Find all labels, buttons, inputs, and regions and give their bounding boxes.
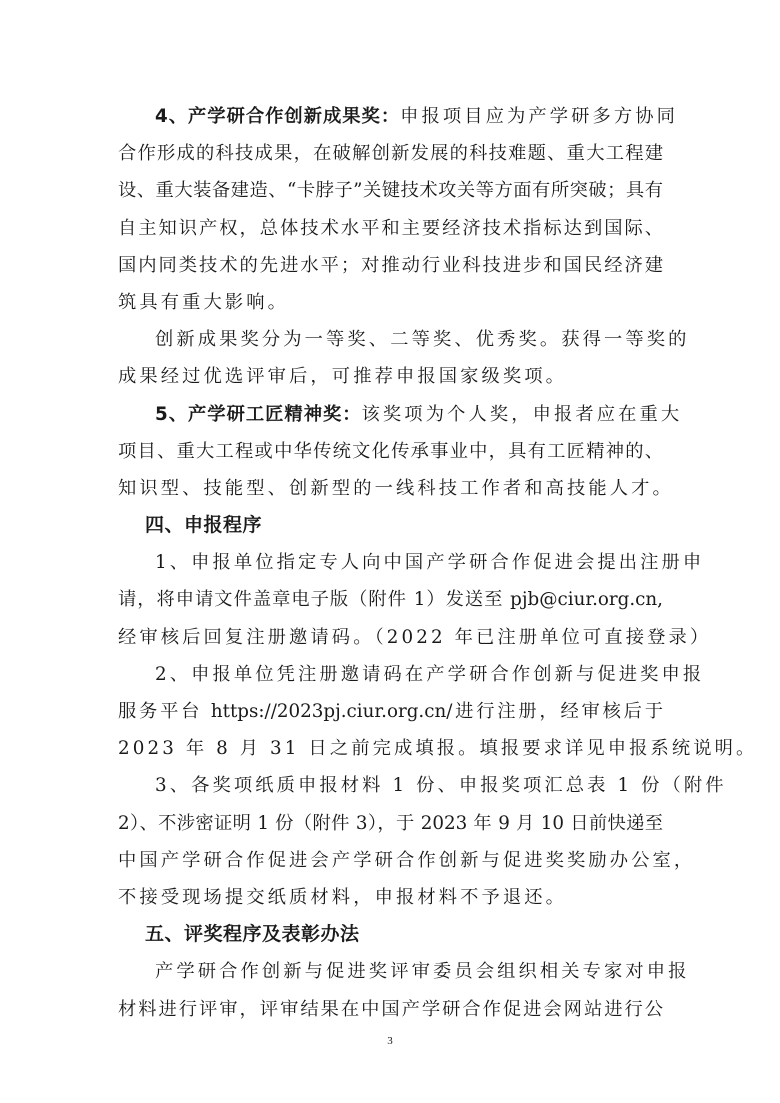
award4-first-line: 4、产学研合作创新成果奖：申报项目应为产学研多方协同 [118,98,663,135]
document-page: 4、产学研合作创新成果奖：申报项目应为产学研多方协同 合作形成的科技成果，在破解… [118,98,663,1028]
page-number: 3 [0,1035,780,1047]
text-line: 不接受现场提交纸质材料，申报材料不予退还。 [118,879,663,916]
award5-title: 5、产学研工匠精神奖： [155,404,362,425]
email-line: 请，将申请文件盖章电子版（附件 1）发送至 pjb@ciur.org.cn, [118,581,663,618]
text-line: 2023 年 8 月 31 日之前完成填报。填报要求详见申报系统说明。 [118,730,663,767]
text-line: 合作形成的科技成果，在破解创新发展的科技难题、重大工程建 [118,135,663,172]
text-line: 3、各奖项纸质申报材料 1 份、申报奖项汇总表 1 份（附件 [118,767,663,804]
text-line: 创新成果奖分为一等奖、二等奖、优秀奖。获得一等奖的 [118,321,663,358]
text-line: 产学研合作创新与促进奖评审委员会组织相关专家对申报 [118,953,663,990]
text-line: 知识型、技能型、创新型的一线科技工作者和高技能人才。 [118,470,663,507]
text-line: 2、申报单位凭注册邀请码在产学研合作创新与促进奖申报 [118,656,663,693]
url-line: 服务平台 https://2023pj.ciur.org.cn/进行注册，经审核… [118,693,663,730]
text-line: 成果经过优选评审后，可推荐申报国家级奖项。 [118,358,663,395]
text-line: 国内同类技术的先进水平；对推动行业科技进步和国民经济建 [118,247,663,284]
section-heading-four: 四、申报程序 [118,507,663,544]
text-line: 中国产学研合作促进会产学研合作创新与促进奖奖励办公室， [118,842,663,879]
text-line: 材料进行评审，评审结果在中国产学研合作促进会网站进行公 [118,991,663,1028]
award4-title: 4、产学研合作创新成果奖： [155,106,400,127]
award5-first-line: 5、产学研工匠精神奖：该奖项为个人奖，申报者应在重大 [118,396,663,433]
section-heading-five: 五、评奖程序及表彰办法 [118,916,663,953]
text-line: 自主知识产权，总体技术水平和主要经济技术指标达到国际、 [118,210,663,247]
text-line: 设、重大装备建造、“卡脖子”关键技术攻关等方面有所突破；具有 [118,172,663,209]
text-line: 筑具有重大影响。 [118,284,663,321]
text-line: 1、申报单位指定专人向中国产学研合作促进会提出注册申 [118,544,663,581]
text-line: 项目、重大工程或中华传统文化传承事业中，具有工匠精神的、 [118,433,663,470]
text-line: 经审核后回复注册邀请码。（2022 年已注册单位可直接登录） [118,619,663,656]
text-line: 2）、不涉密证明 1 份（附件 3），于 2023 年 9 月 10 日前快递至 [118,805,663,842]
